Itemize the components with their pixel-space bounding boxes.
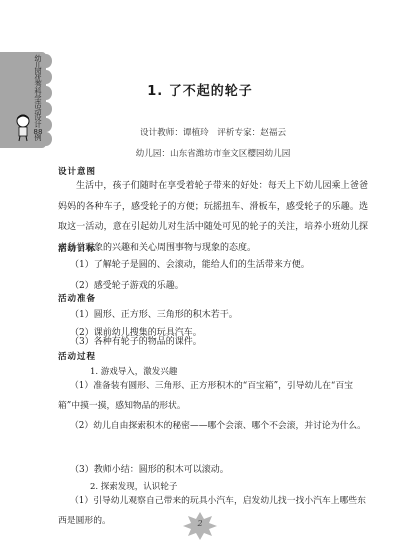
- prep-item: （1）圆形、正方形、三角形的积木若干。: [70, 307, 238, 320]
- section-heading-process: 活动过程: [58, 350, 96, 362]
- page-title: 1. 了不起的轮子: [0, 80, 400, 99]
- process-item: （1）准备装有圆形、三角形、正方形积木的“百宝箱”，引导幼儿在“百宝箱”中摸一摸…: [58, 376, 368, 416]
- intent-paragraph: 生活中，孩子们随时在享受着轮子带来的好处：每天上下幼儿园乘上爸爸妈妈的各种车子，…: [58, 176, 368, 258]
- process-item: （2）幼儿自由探索积木的秘密——哪个会滚、哪个不会滚，并讨论为什么。: [58, 416, 368, 436]
- section-heading-goals: 活动目标: [58, 242, 96, 254]
- goal-item: （2）感受轮子游戏的乐趣。: [70, 278, 184, 291]
- prep-item: （3）各种有轮子的物品的课件。: [70, 334, 202, 347]
- page-number-badge: 2: [182, 510, 218, 542]
- process-item: （3）教师小结：圆形的积木可以滚动。: [70, 462, 229, 475]
- page-number: 2: [182, 519, 218, 528]
- goal-item: （1）了解轮子是圆的、会滚动，能给人们的生活带来方便。: [70, 257, 310, 270]
- section-heading-prep: 活动准备: [58, 292, 96, 304]
- designer-line: 设计教师：谭植玲 评析专家：赵福云: [0, 126, 400, 138]
- kindergarten-line: 幼儿园：山东省潍坊市奎文区樱园幼儿园: [0, 147, 400, 159]
